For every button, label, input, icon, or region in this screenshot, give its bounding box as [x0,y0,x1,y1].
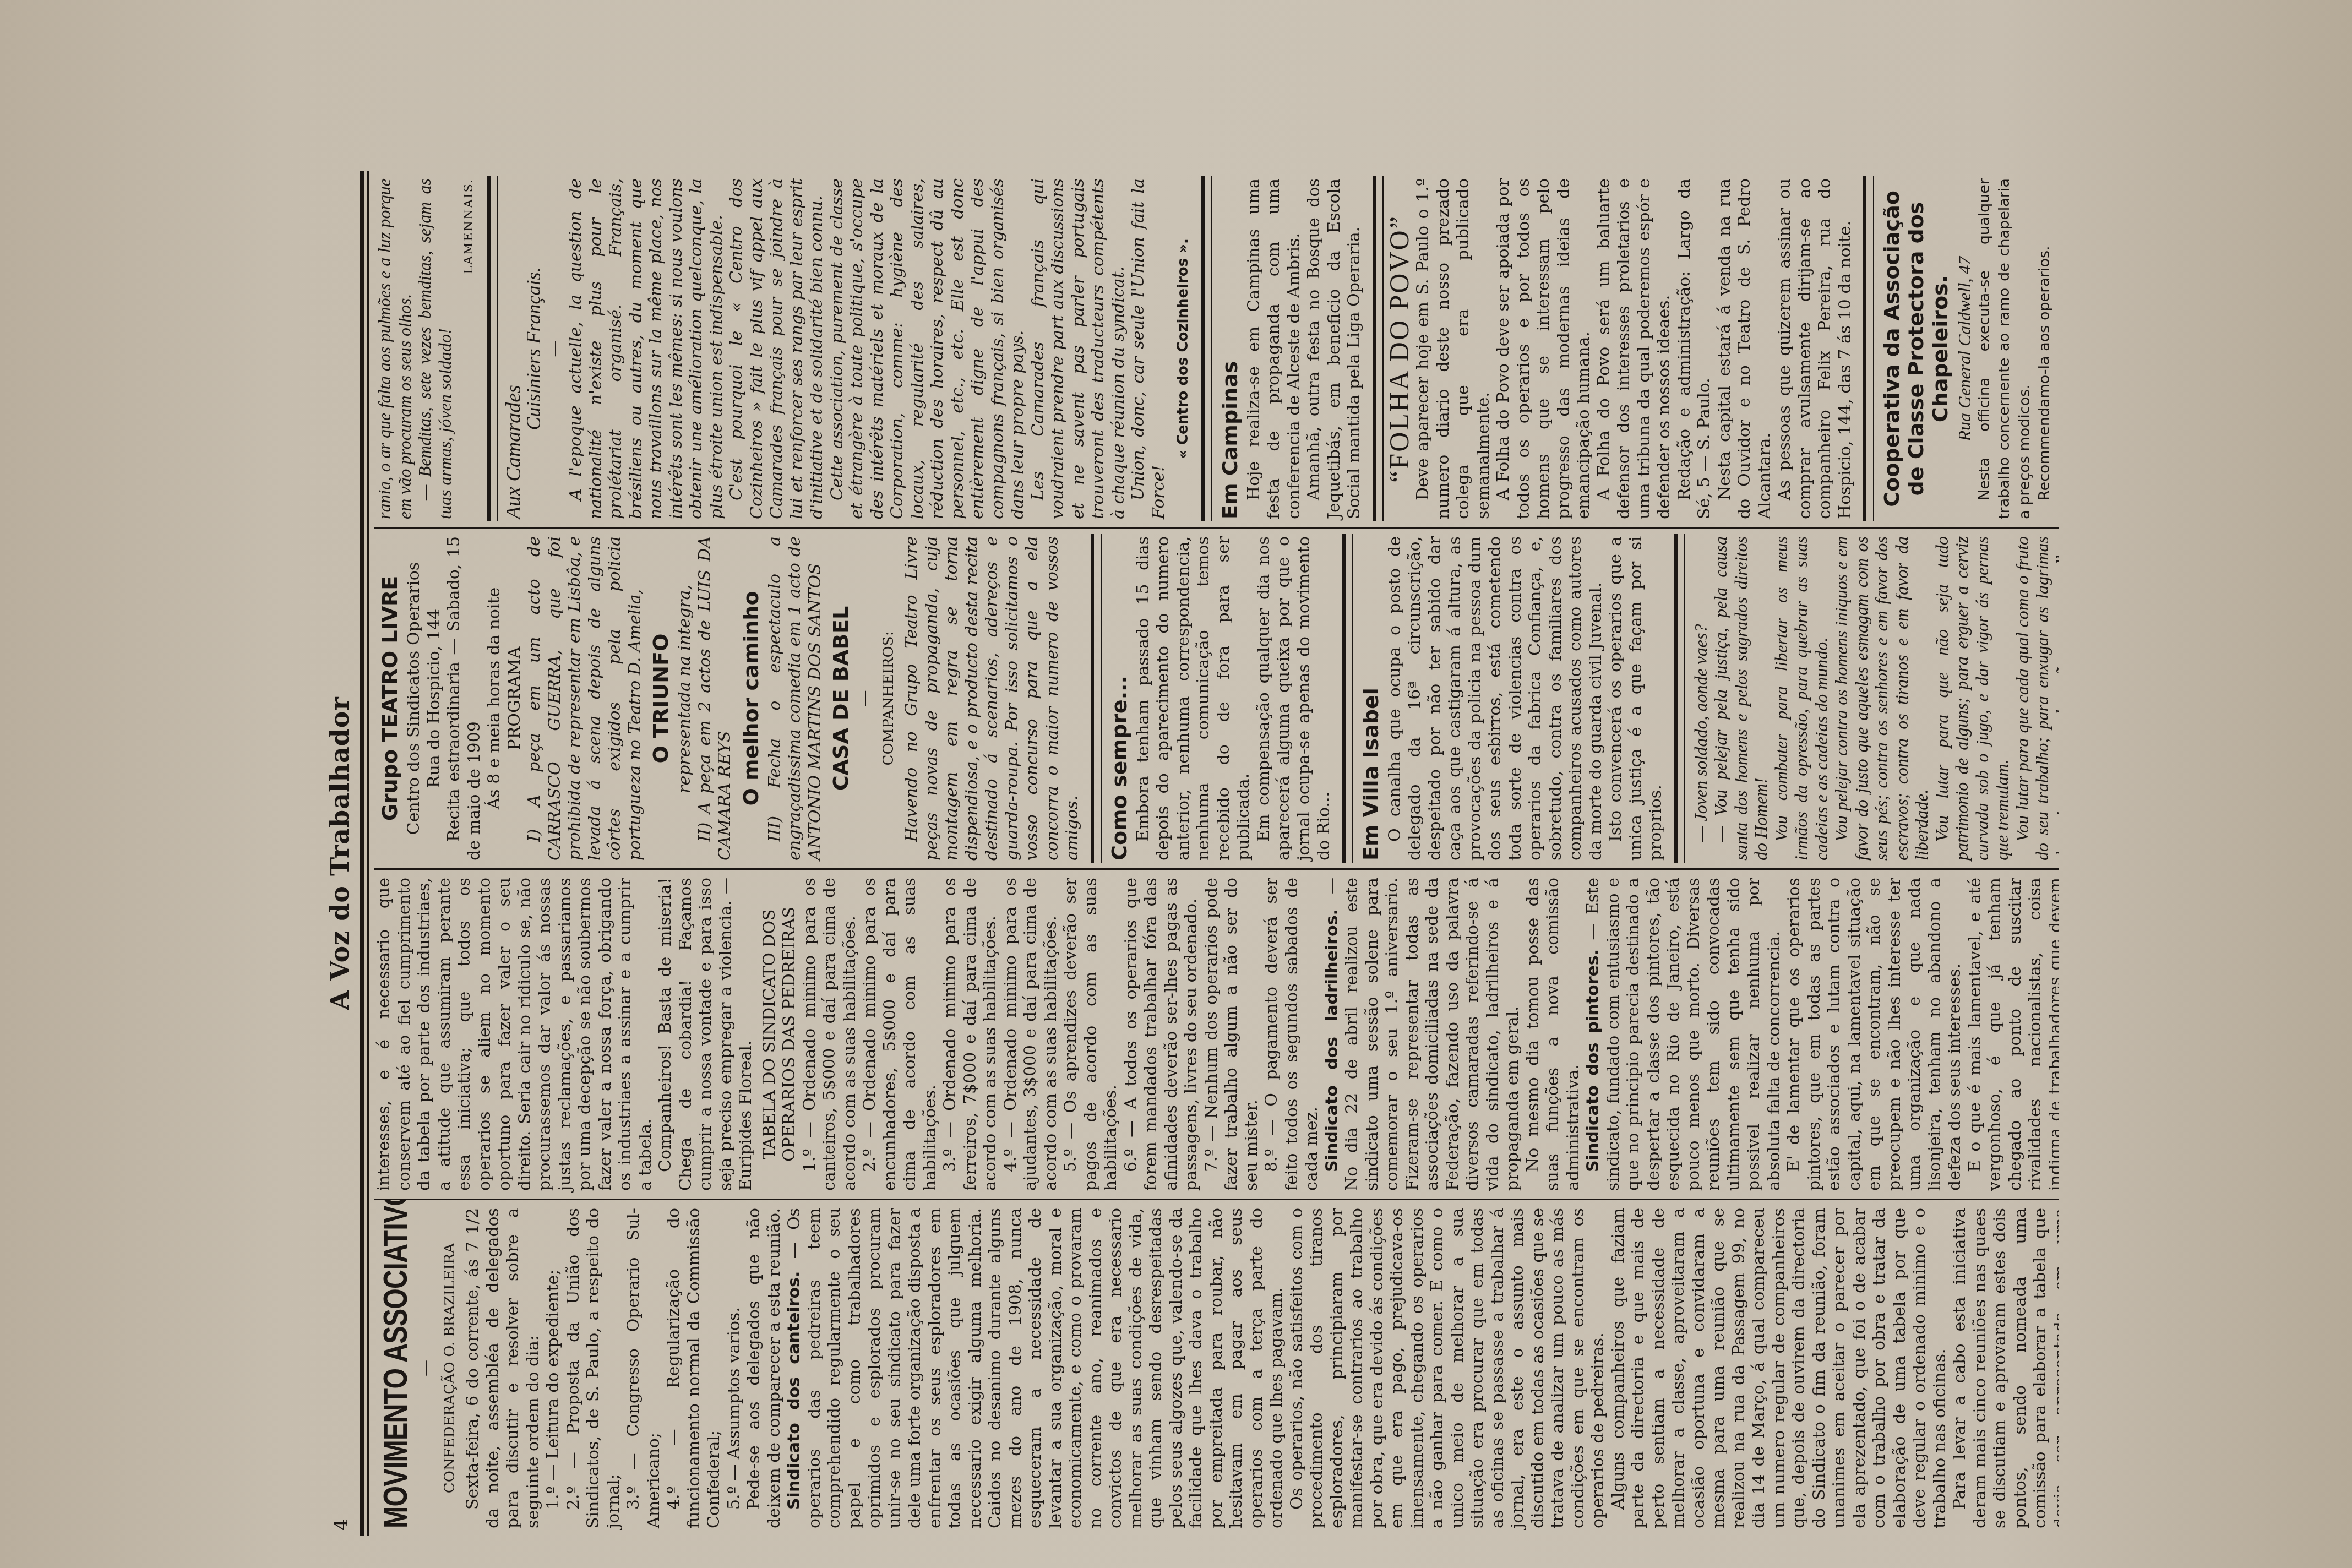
poem-line: — Bemditas, sete vezes bemditas, sejam a… [415,178,455,519]
tabela-item: 5.º — Os aprendizes deverão ser pagos de… [1061,878,1121,1191]
paragraph: Sexta-feira, 6 do corrente, ás 7 1/2 da … [463,1208,543,1528]
column-2: interesses, e é necessario que conservem… [374,870,2059,1200]
paragraph-ladrilheiros: Sindicato dos ladrilheiros. — No dia 22 … [1322,878,1523,1191]
french-heading: Aux Camarades [504,178,524,519]
companheiros-label: COMPANHEIROS: [879,536,899,861]
section-rule [1373,176,1384,521]
paragraph: Embora tenham passado 15 dias depois do … [1134,536,1254,861]
divider-dash: — [855,536,875,861]
french-paragraph: Union, donc, car seule l'Union fait la F… [1129,178,1169,519]
paragraph: Para levar a cabo esta iniciativa deram … [1950,1208,2059,1528]
paragraph: Recommendamo-la aos operarios. [2035,178,2055,519]
subheading-confederacao: CONFEDERAÇÃO O. BRAZILEIRA [440,1208,460,1528]
tabela-item: 2.º — Ordenado minimo para os encunhador… [860,878,940,1191]
paragraph: Nesta officina executa-se qualquer traba… [1975,178,2035,519]
poem-line: Vou combater para libertar os meus irmão… [1771,536,1832,861]
divider-dash: — [416,1208,437,1528]
programa-label: PROGRAMA [505,536,525,861]
paragraph: interesses, e é necessario que conservem… [374,878,656,1191]
paragraph: Companheiros! Basta de miseria! Chega de… [656,878,756,1191]
play-title: CASA DE BABEL [829,536,853,861]
agenda-item: 5.º — Assumptos varios. [725,1208,745,1528]
agenda-item: 3.º — Congresso Operario Sul-Americano; [624,1208,664,1528]
poem-line: — Vou pelejar pela justiça, pela causa s… [1711,536,1771,861]
paragraph: A Folha do Povo será um baluarte defenso… [1594,178,1675,519]
poem-line: Vou lutar para que não seja tudo patrimo… [1932,536,2012,861]
section-rule [1342,534,1353,863]
tabela-heading: TABELA DO SINDICATO DOS OPERARIOS DAS PE… [760,878,800,1191]
column-1: MOVIMENTO ASSOCIATIVO — CONFEDERAÇÃO O. … [374,1200,2059,1536]
columns: MOVIMENTO ASSOCIATIVO — CONFEDERAÇÃO O. … [374,171,2059,1536]
campinas-heading: Em Campinas [1218,178,1242,519]
signature-lamennais: LAMENNAIS. [459,178,480,519]
paragraph: E o que é mais lamentavel, e até vergonh… [1966,878,2060,1191]
section-rule [487,176,498,521]
newspaper-page: 4 A Voz do Trabalhador MOVIMENTO ASSOCIA… [363,171,2070,1536]
paragraph: Deve aparecer hoje em S. Paulo o 1.º num… [1413,178,1494,519]
column-4: rania, o ar que falta aos pulmões e a lu… [374,171,2059,529]
como-sempre-heading: Como sempre... [1107,536,1131,861]
section-rule [1201,176,1212,521]
newspaper-title: A Voz do Trabalhador [325,171,355,1536]
agenda-item: 4.º — Regularização do funcionamento nor… [664,1208,725,1528]
paragraph: Os operarios, não satisfeitos com o proc… [1287,1208,1609,1528]
inline-heading-canteiros: Sindicato dos canteiros. [785,1271,804,1510]
villa-isabel-heading: Em Villa Isabel [1359,536,1383,861]
hora-line: Ás 8 e meia horas da noite [484,536,505,861]
column-3: Grupo TEATRO LIVRE Centro dos Sindicatos… [374,529,2059,870]
french-subheading: Cuisiniers Français. [524,178,544,519]
paragraph: Em compensação qualquer dia nos aparecer… [1254,536,1335,861]
agenda-item: 1.º — Leitura do expediente; [543,1208,564,1528]
paragraph: A Folha do Povo deve ser apoiada por tod… [1494,178,1594,519]
french-paragraph: Cette association, purement de classe et… [827,178,1028,519]
paragraph: Isto convencerá os operarios que a unica… [1606,536,1667,861]
tabela-item: 6.º — A todos os operarios que forem man… [1121,878,1202,1191]
tabela-item: 4.º — Ordenado minimo para os ajudantes,… [1001,878,1061,1191]
section-heading-movimento: MOVIMENTO ASSOCIATIVO [377,1278,415,1528]
paragraph-text: — Os operarios das pedreiras teem compre… [785,1208,1286,1528]
play-title: O TRIUNFO [649,536,673,861]
paragraph: O canalha que ocupa o posto de delegado … [1385,536,1607,861]
poem-line: Vou lutar para que cada qual coma o frut… [2012,536,2060,861]
paragraph: Pede-se aos delegados que não deixem de … [744,1208,785,1528]
grupo-sub-line: Centro dos Sindicatos Operarios [404,536,424,861]
paragraph: Nesta capital estará á venda na rua do O… [1715,178,1776,519]
paragraph: Redação e administração: Largo da Sé, 5 … [1675,178,1715,519]
section-rule [1674,534,1685,863]
paragraph-canteiros: Sindicato dos canteiros. — Os operarios … [785,1208,1287,1528]
paragraph-pintores: Sindicato dos pintores. — Este sindicato… [1583,878,1784,1191]
tabela-item: 7.º — Nenhum dos operarios pode fazer tr… [1202,878,1262,1191]
inline-heading-ladrilheiros: Sindicato dos ladrilheiros. [1322,909,1342,1172]
poem-line: Vou pelejar contra os homens iniquos e e… [1831,536,1932,861]
cooperativa-heading: Cooperativa da Associação de Classe Prot… [1880,178,1952,519]
poem-line: — Joven soldado, aonde vaes? [1691,536,1711,861]
programa-item: I) A peça em um acto de CARRASCO GUERRA,… [525,536,645,861]
recita-line: Recita estraordinaria — Sabado, 15 de ma… [444,536,484,861]
paragraph-text: — No dia 22 de abril realizou este sindi… [1322,878,1523,1191]
paragraph: Hoje realiza-se em Campinas uma festa de… [1244,178,1305,519]
paragraph: Havendo no Grupo Teatro Livre peças nova… [902,536,1083,861]
tabela-item: 3.º — Ordenado minimo para os ferreiros,… [940,878,1001,1191]
french-paragraph: C'est pourquoi le « Centro dos Cozinheir… [727,178,827,519]
paragraph: Amanhã, outra festa no Bosque dos Jequet… [1304,178,1365,519]
masthead: 4 A Voz do Trabalhador [325,171,358,1536]
tabela-item: 8.º — O pagamento deverá ser feito todos… [1262,878,1322,1191]
agenda-item: 2.º — Proposta da União dos Sindicatos, … [564,1208,624,1528]
section-rule [1091,534,1102,863]
inline-heading-pintores: Sindicato dos pintores. [1583,949,1603,1172]
paragraph: No mesmo dia tomou posse das suas funçõe… [1523,878,1584,1191]
programa-item: III) Fecha o espectaculo a engraçadissim… [765,536,826,861]
paragraph: As pessoas que quizerem assinar ou compr… [1775,178,1855,519]
paragraph: E' de lamentar que os operarios pintores… [1784,878,1966,1191]
paragraph: Sucursal: Chapelaria 1. de Maio [2055,178,2060,519]
cooperativa-address: Rua General Caldwell, 47 [1954,178,1975,519]
divider-dash: — [545,178,565,519]
programa-item: representada na integra, [675,536,695,861]
section-rule [1863,176,1874,521]
folha-do-povo-heading: “FOLHA DO POVO” [1389,178,1409,519]
french-paragraph: A l'epoque actuelle, la question de nati… [566,178,727,519]
tabela-item: 1.º — Ordenado minimo para os canteiros,… [800,878,861,1191]
signature-cozinheiros: « Centro dos Cozinheiros ». [1173,178,1194,519]
french-paragraph: Les Camarades français qui voudraient pr… [1028,178,1129,519]
grupo-teatro-heading: Grupo TEATRO LIVRE [378,536,402,861]
play-title: O melhor caminho [739,536,763,861]
paragraph-text: — Este sindicato, fundado com entusiasmo… [1583,878,1784,1191]
masthead-rule [360,171,369,1536]
grupo-sub-line: Rua do Hospicio, 144 [424,536,445,861]
paragraph: Alguns companheiros que faziam parte da … [1609,1208,1951,1528]
poem-line: rania, o ar que falta aos pulmões e a lu… [374,178,415,519]
programa-item: II) A peça em 2 actos de LUIS DA CAMARA … [695,536,736,861]
